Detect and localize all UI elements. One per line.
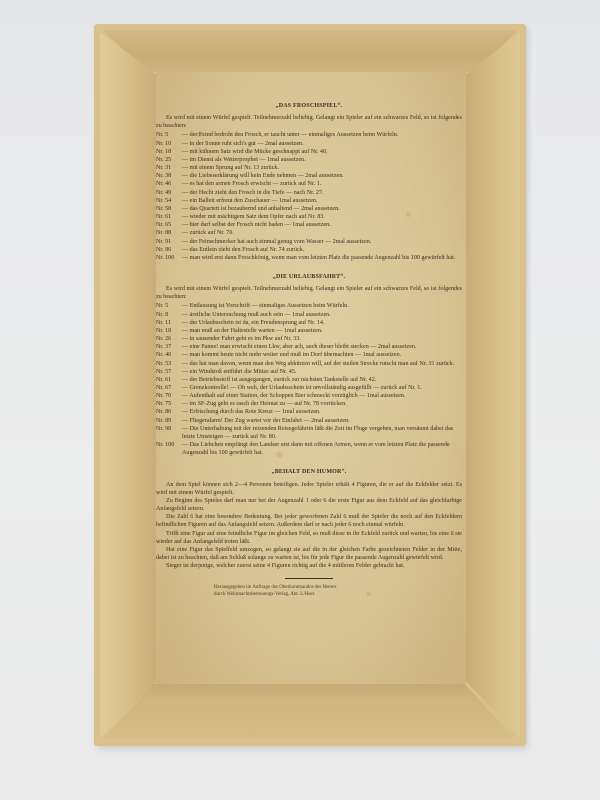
publisher-line-2: durch Wehrmachtsbetreuungs-Verlag, Abt. … [214,592,462,599]
rule-paragraph: Trifft eine Figur auf eine feindliche Fi… [156,530,462,546]
rule-number: Nr. 70 [156,392,182,400]
rule-paragraph: Zu Beginn des Spieles darf man nur bei d… [156,497,462,513]
rules-sheet: „Das Froschspiel“. Es wird mit einem Wür… [156,72,466,684]
box-wall-bottom [104,684,514,738]
rule-text: — der Hecht zieht den Frosch in die Tief… [182,189,462,197]
rule-text: — Das Liebchen empfängt den Landser erst… [182,441,462,457]
rule-row: Nr. 70— Aufenthalt auf einer Station, de… [156,392,462,400]
rule-text: — im SF-Zug geht es rasch der Heimat zu … [182,400,462,408]
rule-text: — die Liebeserklärung will kein Ende neh… [182,172,462,180]
rule-text: — mit kühnem Satz wird die Mücke geschna… [182,148,462,156]
rule-number: Nr. 91 [156,238,182,246]
rule-number: Nr. 31 [156,164,182,172]
rule-number: Nr. 53 [156,360,182,368]
rule-text: — das Entlein zieht den Frosch auf Nr. 7… [182,246,462,254]
rule-number: Nr. 96 [156,246,182,254]
rule-text: — Fliegeralarm! Der Zug wartet vor der E… [182,417,462,425]
section-title: „Die Urlaubsfahrt“. [156,273,462,281]
rule-number: Nr. 100 [156,254,182,262]
rule-row: Nr. 5— der Feind bedroht den Frosch, er … [156,131,462,139]
rule-text: — mit einem Sprung auf Nr. 13 zurück. [182,164,462,172]
rule-row: Nr. 53— das hat man davon, wenn man den … [156,360,462,368]
rule-number: Nr. 49 [156,189,182,197]
rule-number: Nr. 58 [156,205,182,213]
rule-row: Nr. 49— der Hecht zieht den Frosch in di… [156,189,462,197]
rule-row: Nr. 5— Entlausung ist Vorschrift — einma… [156,302,462,310]
rule-text: — in der Sonne ruht sich's gut — 2mal au… [182,140,462,148]
rule-number: Nr. 8 [156,311,182,319]
publisher-note: Herausgegeben im Auftrage des Oberkomman… [214,585,462,598]
rule-row: Nr. 61— wieder mit mächtigem Satz dem Op… [156,213,462,221]
section-behalt-den-humor: „Behalt den Humor“. An dem Spiel können … [156,468,462,570]
rule-text: — der Betriebsstoff ist ausgegangen, zur… [182,376,462,384]
rule-row: Nr. 26— in sausender Fahrt geht es im Pk… [156,335,462,343]
rule-text: — man wird erst dann Froschkönig, wenn m… [182,254,462,262]
rule-row: Nr. 98— Die Unterhaltung mit der reizend… [156,425,462,441]
rule-text: — eine Panne! man erwischt einen Lkw, ab… [182,343,462,351]
rule-row: Nr. 37— eine Panne! man erwischt einen L… [156,343,462,351]
rule-text: — im Dienst als Wetterprophet — 1mal aus… [182,156,462,164]
rule-row: Nr. 75— im SF-Zug geht es rasch der Heim… [156,400,462,408]
box-wall-right [466,32,520,738]
box-wall-top [102,30,518,72]
rule-text: — es hat den armen Frosch erwischt — zur… [182,180,462,188]
rule-text: — man muß an der Haltestelle warten — 1m… [182,327,462,335]
rule-number: Nr. 61 [156,376,182,384]
rules-list: Nr. 5— der Feind bedroht den Frosch, er … [156,131,462,262]
box-wall-left [100,32,156,738]
rule-row: Nr. 10— in der Sonne ruht sich's gut — 2… [156,140,462,148]
rule-number: Nr. 5 [156,302,182,310]
rule-text: — in sausender Fahrt geht es im Pkw auf … [182,335,462,343]
rule-number: Nr. 75 [156,400,182,408]
rule-row: Nr. 67— Grenzkontrolle! — Oh weh, der Ur… [156,384,462,392]
rule-row: Nr. 54— ein Ballett erfreut den Zuschaue… [156,197,462,205]
rule-number: Nr. 46 [156,180,182,188]
rule-row: Nr. 11— der Urlaubsschein ist da, ein Fr… [156,319,462,327]
rules-list: Nr. 5— Entlausung ist Vorschrift — einma… [156,302,462,457]
rule-row: Nr. 18— mit kühnem Satz wird die Mücke g… [156,148,462,156]
rule-number: Nr. 26 [156,335,182,343]
section-urlaubsfahrt: „Die Urlaubsfahrt“. Es wird mit einem Wü… [156,273,462,457]
rule-paragraph: An dem Spiel können sich 2—4 Personen be… [156,481,462,497]
section-title: „Behalt den Humor“. [156,468,462,476]
rule-row: Nr. 61— der Betriebsstoff ist ausgegange… [156,376,462,384]
rule-number: Nr. 40 [156,351,182,359]
rule-number: Nr. 10 [156,140,182,148]
rule-row: Nr. 46— es hat den armen Frosch erwischt… [156,180,462,188]
rule-number: Nr. 37 [156,343,182,351]
rule-row: Nr. 88— zurück auf Nr. 70. [156,229,462,237]
rule-text: — ein Windstoß entführt die Mütze auf Nr… [182,368,462,376]
rule-row: Nr. 96— das Entlein zieht den Frosch auf… [156,246,462,254]
rule-number: Nr. 88 [156,229,182,237]
divider [285,578,333,579]
rule-number: Nr. 18 [156,148,182,156]
rule-text: — Aufenthalt auf einer Station, der Scho… [182,392,462,400]
rule-text: — zurück auf Nr. 70. [182,229,462,237]
rules-text: „Das Froschspiel“. Es wird mit einem Wür… [156,102,466,684]
rule-row: Nr. 25— im Dienst als Wetterprophet — 1m… [156,156,462,164]
rule-text: — das Quartett ist bezaubernd und anhalt… [182,205,462,213]
rule-paragraph: Sieger ist derjenige, welcher zuerst sei… [156,562,462,570]
game-box-lid: „Das Froschspiel“. Es wird mit einem Wür… [94,24,526,746]
rule-number: Nr. 98 [156,425,182,441]
rule-text: — wieder mit mächtigem Satz dem Opfer na… [182,213,462,221]
rule-number: Nr. 57 [156,368,182,376]
rule-number: Nr. 89 [156,417,182,425]
rule-text: — das hat man davon, wenn man den Weg ab… [182,360,462,368]
rule-text: — Erfrischung durch das Rote Kreuz — 1ma… [182,408,462,416]
rule-number: Nr. 54 [156,197,182,205]
rule-row: Nr. 91— der Feinschmecker hat auch einma… [156,238,462,246]
rule-number: Nr. 38 [156,172,182,180]
rule-number: Nr. 5 [156,131,182,139]
section-intro: Es wird mit einem Würfel gespielt. Teiln… [156,285,462,301]
rule-number: Nr. 18 [156,327,182,335]
rule-number: Nr. 11 [156,319,182,327]
rule-row: Nr. 18— man muß an der Haltestelle warte… [156,327,462,335]
section-paragraphs: An dem Spiel können sich 2—4 Personen be… [156,481,462,571]
rule-number: Nr. 67 [156,384,182,392]
rule-row: Nr. 38— die Liebeserklärung will kein En… [156,172,462,180]
section-intro: Es wird mit einem Würfel gespielt. Teiln… [156,114,462,130]
rule-paragraph: Die Zahl 6 hat eine besondere Bedeutung.… [156,513,462,529]
rule-paragraph: Hat eine Figur das Spielfeld umzogen, so… [156,546,462,562]
rule-row: Nr. 100— Das Liebchen empfängt den Lands… [156,441,462,457]
rule-row: Nr. 31— mit einem Sprung auf Nr. 13 zurü… [156,164,462,172]
rule-text: — ein Ballett erfreut den Zuschauer — 1m… [182,197,462,205]
rule-number: Nr. 86 [156,408,182,416]
rule-text: — hier darf selbst der Frosch nicht bade… [182,221,462,229]
rule-text: — der Feind bedroht den Frosch, er tauch… [182,131,462,139]
section-froschspiel: „Das Froschspiel“. Es wird mit einem Wür… [156,102,462,262]
rule-row: Nr. 86— Erfrischung durch das Rote Kreuz… [156,408,462,416]
rule-text: — der Feinschmecker hat auch einmal genu… [182,238,462,246]
rule-text: — Grenzkontrolle! — Oh weh, der Urlaubss… [182,384,462,392]
rule-text: — Die Unterhaltung mit der reizenden Rei… [182,425,462,441]
rule-row: Nr. 89— Fliegeralarm! Der Zug wartet vor… [156,417,462,425]
rule-text: — Entlausung ist Vorschrift — einmaliges… [182,302,462,310]
rule-number: Nr. 100 [156,441,182,457]
rule-row: Nr. 65— hier darf selbst der Frosch nich… [156,221,462,229]
rule-text: — der Urlaubsschein ist da, ein Freudens… [182,319,462,327]
section-title: „Das Froschspiel“. [156,102,462,110]
rule-text: — ärztliche Untersuchung muß auch sein —… [182,311,462,319]
rule-row: Nr. 100— man wird erst dann Froschkönig,… [156,254,462,262]
rule-row: Nr. 58— das Quartett ist bezaubernd und … [156,205,462,213]
rule-number: Nr. 65 [156,221,182,229]
rule-row: Nr. 8— ärztliche Untersuchung muß auch s… [156,311,462,319]
rule-text: — man kommt heute nicht mehr weiter und … [182,351,462,359]
rule-number: Nr. 25 [156,156,182,164]
rule-row: Nr. 40— man kommt heute nicht mehr weite… [156,351,462,359]
rule-number: Nr. 61 [156,213,182,221]
rule-row: Nr. 57— ein Windstoß entführt die Mütze … [156,368,462,376]
